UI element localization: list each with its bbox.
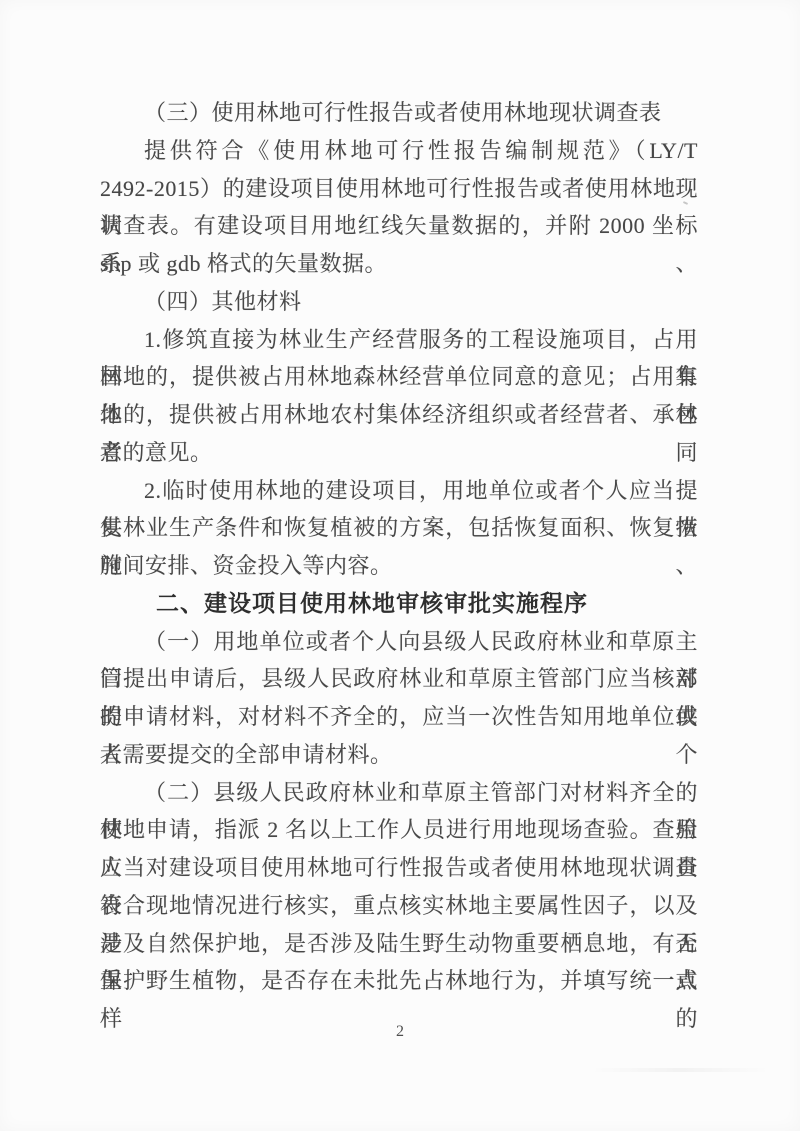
text-line: 提供符合《使用林地可行性报告编制规范》（LY/T: [100, 132, 698, 170]
text-line: 2492-2015）的建设项目使用林地可行性报告或者使用林地现状: [100, 170, 698, 208]
text-line: 门提出申请后，县级人民政府林业和草原主管部门应当核对提供: [100, 660, 698, 698]
text-line: 的申请材料，对材料不齐全的，应当一次性告知用地单位或者个: [100, 698, 698, 736]
page-number: 2: [100, 1023, 700, 1041]
text-line: 保护野生植物，是否存在未批先占林地行为，并填写统一式样的: [100, 962, 698, 1000]
text-line: （二）县级人民政府林业和草原主管部门对材料齐全的使用: [100, 774, 698, 812]
scan-artifact-smudge: [590, 1068, 770, 1072]
text-line: 2.临时使用林地的建设项目，用地单位或者个人应当提供恢: [100, 472, 698, 510]
text-line: 应当对建设项目使用林地可行性报告或者使用林地现状调查表: [100, 849, 698, 887]
text-line: 1.修筑直接为林业生产经营服务的工程设施项目，占用国有: [100, 321, 698, 359]
text-line: 符合现地情况进行核实，重点核实林地主要属性因子，以及是否: [100, 887, 698, 925]
text-line: 涉及自然保护地，是否涉及陆生野生动物重要栖息地，有无重点: [100, 925, 698, 963]
document-page: （三）使用林地可行性报告或者使用林地现状调查表 提供符合《使用林地可行性报告编制…: [0, 0, 800, 1131]
text-line: （一）用地单位或者个人向县级人民政府林业和草原主管部: [100, 623, 698, 661]
text-line: 复林业生产条件和恢复植被的方案，包括恢复面积、恢复措施、: [100, 509, 698, 547]
text-line: 调查表。有建设项目用地红线矢量数据的，并附 2000 坐标系、: [100, 207, 698, 245]
document-body: （三）使用林地可行性报告或者使用林地现状调查表 提供符合《使用林地可行性报告编制…: [100, 94, 698, 1000]
text-line: 地的，提供被占用林地农村集体经济组织或者经营者、承包者同: [100, 396, 698, 434]
section-heading: 二、建设项目使用林地审核审批实施程序: [100, 585, 698, 623]
text-line: （三）使用林地可行性报告或者使用林地现状调查表: [100, 94, 698, 132]
text-line: （四）其他材料: [100, 283, 698, 321]
text-line: 林地的，提供被占用林地森林经营单位同意的意见；占用集体林: [100, 358, 698, 396]
text-line: 林地申请，指派 2 名以上工作人员进行用地现场查验。查验人员: [100, 811, 698, 849]
